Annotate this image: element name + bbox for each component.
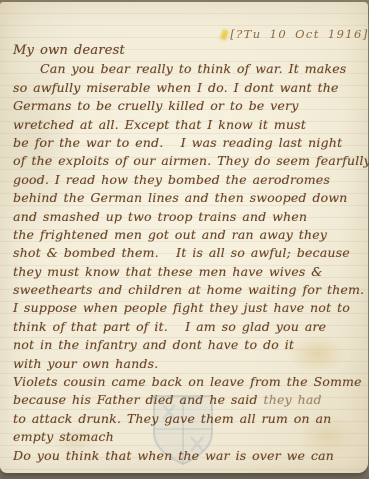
letter-line: wretched at all. Except that I know it m… bbox=[13, 116, 368, 134]
letter-line: so awfully miserable when I do. I dont w… bbox=[13, 79, 368, 97]
faded-text: they had bbox=[263, 392, 321, 407]
letter-line: Germans to be cruelly killed or to be ve… bbox=[13, 97, 368, 115]
letter-paper: [?Tu 10 Oct 1916]. My own dearest Can yo… bbox=[0, 2, 368, 473]
letter-line: the frightened men got out and ran away … bbox=[13, 226, 368, 244]
letter-line: I suppose when people fight they just ha… bbox=[13, 299, 368, 317]
letter-line: Violets cousin came back on leave from t… bbox=[13, 373, 368, 391]
letter-line: think of that part of it. I am so glad y… bbox=[13, 318, 368, 336]
letter-line-text: because his Father died and he said bbox=[13, 392, 263, 407]
letter-line: shot & bombed them. It is all so awful; … bbox=[13, 244, 368, 262]
letter-line: Can you bear really to think of war. It … bbox=[13, 60, 368, 78]
salutation: My own dearest bbox=[13, 42, 368, 60]
letter-line: to attack drunk. They gave them all rum … bbox=[13, 410, 368, 428]
letter-line: behind the German lines and then swooped… bbox=[13, 189, 368, 207]
date-annotation-text: [?Tu 10 Oct 1916]. bbox=[230, 27, 369, 41]
letter-line: and smashed up two troop trains and when bbox=[13, 208, 368, 226]
letter-line: sweethearts and children at home waiting… bbox=[13, 281, 368, 299]
letter-body: My own dearest Can you bear really to th… bbox=[13, 42, 368, 465]
highlight-mark bbox=[220, 29, 229, 40]
letter-line: of the exploits of our airmen. They do s… bbox=[13, 152, 368, 170]
letter-line: be for the war to end. I was reading las… bbox=[13, 134, 368, 152]
letter-line: not in the infantry and dont have to do … bbox=[13, 336, 368, 354]
letter-line: good. I read how they bombed the aerodro… bbox=[13, 171, 368, 189]
letter-line: they must know that these men have wives… bbox=[13, 263, 368, 281]
letter-line: empty stomach bbox=[13, 428, 368, 446]
letter-line: Do you think that when the war is over w… bbox=[13, 447, 368, 465]
letter-line: because his Father died and he said they… bbox=[13, 391, 368, 409]
letter-line: with your own hands. bbox=[13, 355, 368, 373]
